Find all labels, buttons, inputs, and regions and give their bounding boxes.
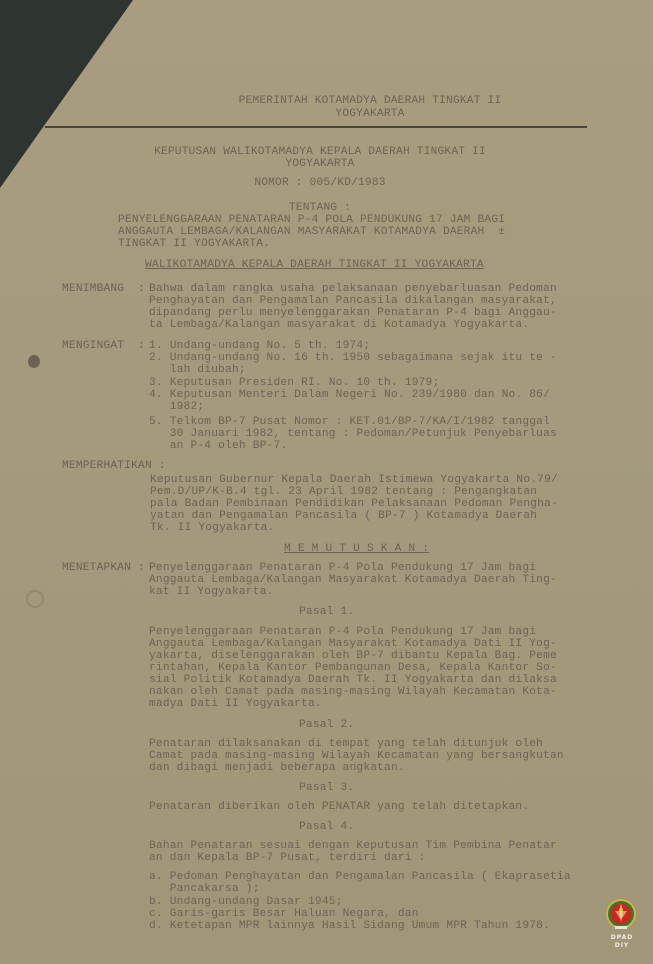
mengingat-line: 2. Undang-undang No. 16 th. 1950 sebagai… [149,352,557,364]
subject-line: TINGKAT II YOGYAKARTA. [118,238,270,250]
pasal-4-title: Pasal 4. [299,821,354,833]
mengingat-line: 3. Keputusan Presiden RI. No. 10 th. 197… [149,377,439,389]
pasal-1-title: Pasal 1. [299,606,354,618]
pasal-1-line: madya Dati II Yogyakarta. [149,698,322,710]
mengingat-line: 5. Telkom BP-7 Pusat Nomor : KET.01/BP-7… [149,416,550,428]
pasal-4-item: c. Garis-garis Besar Haluan Negara, dan [149,908,419,920]
menetapkan-line: kat II Yogyakarta. [149,586,273,598]
pasal-3-line: Penataran diberikan oleh PENATAR yang te… [149,801,529,813]
dpad-diy-emblem-icon [604,896,638,932]
pasal-4-item: Pancakarsa ); [149,883,260,895]
menimbang-line: Bahwa dalam rangka usaha pelaksanaan pen… [149,283,557,295]
subject-line: PENYELENGGARAAN PENATARAN P-4 POLA PENDU… [118,214,505,226]
mengingat-line: lah diubah; [149,364,246,376]
pasal-1-line: rintahan, Kepala Kantor Pembangunan Desa… [149,662,557,674]
letterhead-divider [45,126,587,128]
pasal-4-item: d. Ketetapan MPR lainnya Hasil Sidang Um… [149,920,550,932]
memperhatikan-label: MEMPERHATIKAN : [62,460,166,472]
punch-hole-top [28,355,40,368]
mengingat-line: 4. Keputusan Menteri Dalam Negeri No. 23… [149,389,550,401]
mengingat-line: 30 Januari 1982, tentang : Pedoman/Petun… [149,428,557,440]
menetapkan-line: Anggauta Lembaga/Kalangan Masyarakat Kot… [149,574,557,586]
pasal-1-line: nakan oleh Camat pada masing-masing Wila… [149,686,557,698]
menimbang-line: ta Lembaga/Kalangan masyarakat di Kotama… [149,319,529,331]
pasal-1-line: sial Politik Kotamadya Daerah Tk. II Yog… [149,674,557,686]
memutuskan-heading: M E M U T U S K A N : [284,543,429,555]
decree-number: NOMOR : 005/KD/1983 [100,177,540,189]
mengingat-line: an P-4 oleh BP-7. [149,440,287,452]
pasal-1-line: yakarta, diselenggarakan oleh BP-7 diban… [149,650,557,662]
pasal-2-title: Pasal 2. [299,719,354,731]
menimbang-line: dipandang perlu menyelenggarakan Penatar… [149,307,557,319]
menimbang-line: Penghayatan dan Pengamalan Pancasila dik… [149,295,557,307]
memperhatikan-line: pala Badan Pembinaan Pendidikan Pelaksan… [150,498,558,510]
memperhatikan-line: yatan dan Pengamalan Pancasila ( BP-7 ) … [150,510,537,522]
pasal-4-line: an dan Kepala BP-7 Pusat, terdiri dari : [149,852,426,864]
pasal-2-line: dan dibagi menjadi beberapa angkatan. [149,762,405,774]
punch-hole-bottom [26,590,44,608]
menimbang-label: MENIMBANG : [62,283,145,295]
pasal-2-line: Penataran dilaksanakan di tempat yang te… [149,738,543,750]
memperhatikan-line: Tk. II Yogyakarta. [150,522,274,534]
menetapkan-label: MENETAPKAN : [62,562,145,574]
memperhatikan-line: Keputusan Gubernur Kepala Daerah Istimew… [150,474,558,486]
decree-title-2: YOGYAKARTA [100,158,540,170]
mengingat-line: 1982; [149,401,204,413]
pasal-3-title: Pasal 3. [299,782,354,794]
subject-line: ANGGAUTA LEMBAGA/KALANGAN MASYARAKAT KOT… [118,226,505,238]
pasal-4-line: Bahan Penataran sesuai dengan Keputusan … [149,840,557,852]
decree-title-1: KEPUTUSAN WALIKOTAMADYA KEPALA DAERAH TI… [100,146,540,158]
issuer-heading: WALIKOTAMADYA KEPALA DAERAH TINGKAT II Y… [145,259,484,271]
pasal-2-line: Camat pada masing-masing Wilayah Kecamat… [149,750,564,762]
pasal-1-line: Penyelenggaraan Penataran P-4 Pola Pendu… [149,626,536,638]
pasal-1-line: Anggauta Lembaga/Kalangan Masyarakat Kot… [149,638,557,650]
letterhead-line-2: YOGYAKARTA [140,108,600,120]
memperhatikan-line: Pem.D/UP/K-B.4 tgl. 23 April 1982 tentan… [150,486,537,498]
watermark-text: DPAD DIY [604,934,640,950]
letterhead-line-1: PEMERINTAH KOTAMADYA DAERAH TINGKAT II [140,95,600,107]
mengingat-line: 1. Undang-undang No. 5 th. 1974; [149,340,370,352]
mengingat-label: MENGINGAT : [62,340,145,352]
pasal-4-item: a. Pedoman Penghayatan dan Pengamalan Pa… [149,871,571,883]
tentang-label: TENTANG : [100,202,540,214]
pasal-4-item: b. Undang-undang Dasar 1945; [149,896,343,908]
menetapkan-line: Penyelenggaraan Penataran P-4 Pola Pendu… [149,562,536,574]
